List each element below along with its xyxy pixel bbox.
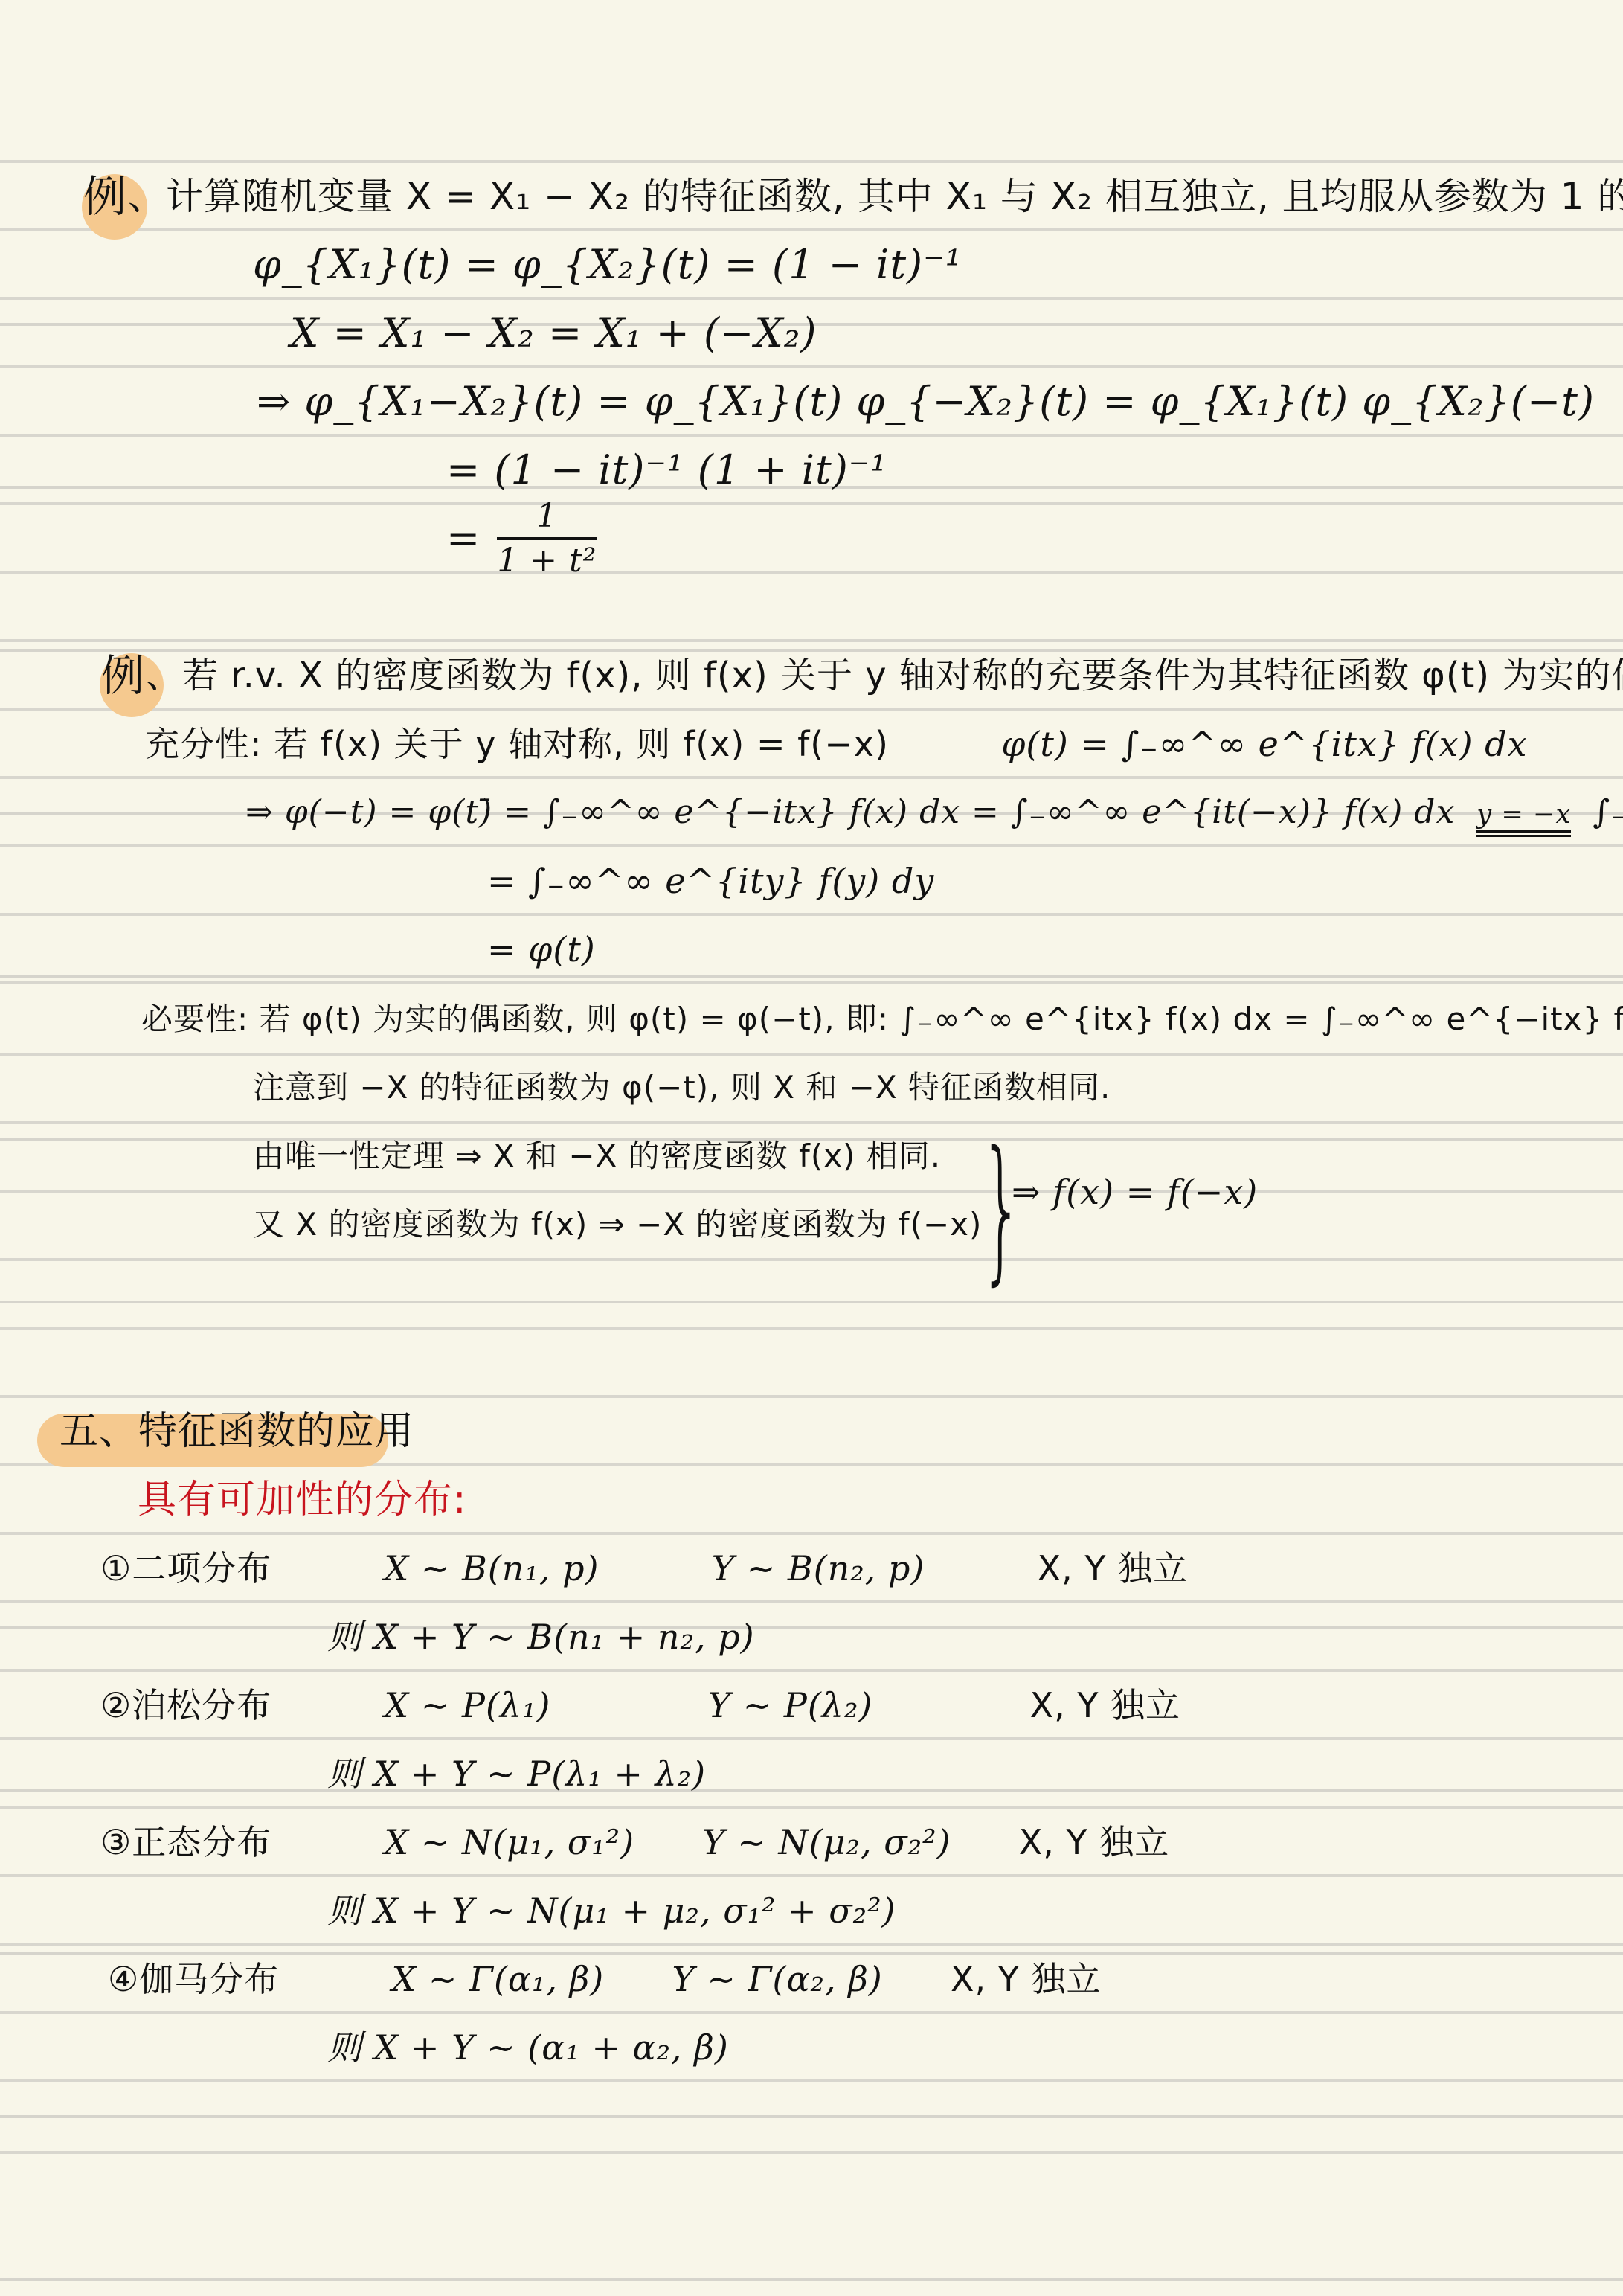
fraction-numerator: 1	[497, 500, 597, 540]
distribution-x: X ~ P(λ₁)	[385, 1685, 551, 1725]
rule-line	[0, 1327, 1623, 1330]
example-1-line-4: = (1 − it)⁻¹ (1 + it)⁻¹	[446, 436, 887, 504]
rule-line	[0, 2151, 1623, 2154]
distribution-y: Y ~ B(n₂, p)	[712, 1548, 925, 1588]
distribution-name: 伽马分布	[139, 1959, 279, 1999]
distribution-gamma: ④伽马分布 X ~ Γ(α₁, β) Y ~ Γ(α₂, β) X, Y 独立	[108, 1945, 1101, 2013]
rule-line	[0, 981, 1623, 984]
sufficiency-step-1: ⇒ φ(−t) = φ(t)̄ = ∫₋∞^∞ e^{−itx} f(x) dx…	[245, 778, 1623, 847]
sufficiency-step-3: = φ(t)	[487, 915, 596, 984]
sufficiency-step-1b-text: ∫₋∞^∞ e^{ity} f(−y) dy	[1593, 793, 1623, 831]
distribution-binomial-result: 则 X + Y ~ B(n₁ + n₂, p)	[327, 1603, 755, 1671]
distribution-x: X ~ Γ(α₁, β)	[392, 1959, 605, 1999]
distribution-name: 二项分布	[132, 1548, 271, 1588]
char-function-definition: φ(t) = ∫₋∞^∞ e^{itx} f(x) dx	[1001, 724, 1527, 764]
necessity-row: 必要性: 若 φ(t) 为实的偶函数, 则 φ(t) = φ(−t), 即: ∫…	[141, 985, 1623, 1054]
sufficiency-text: 若 f(x) 关于 y 轴对称, 则 f(x) = f(−x)	[274, 724, 889, 764]
example-1-title: 、计算随机变量 X = X₁ − X₂ 的特征函数, 其中 X₁ 与 X₂ 相互…	[128, 162, 1623, 231]
distribution-normal-result: 则 X + Y ~ N(μ₁ + μ₂, σ₁² + σ₂²)	[327, 1876, 896, 1945]
distribution-binomial: ①二项分布 X ~ B(n₁, p) Y ~ B(n₂, p) X, Y 独立	[100, 1534, 1188, 1603]
example-1-result: = 1 1 + t²	[446, 504, 597, 573]
example-1-line-1: φ_{X₁}(t) = φ_{X₂}(t) = (1 − it)⁻¹	[253, 231, 962, 299]
sufficiency-row: 充分性: 若 f(x) 关于 y 轴对称, 则 f(x) = f(−x) φ(t…	[145, 710, 1528, 778]
rule-line	[0, 571, 1623, 574]
example-2-badge: 例	[101, 641, 145, 710]
substitution-label: y = −x	[1476, 801, 1571, 837]
necessity-text: 若 φ(t) 为实的偶函数, 则 φ(t) = φ(−t), 即: ∫₋∞^∞ …	[260, 1001, 1623, 1037]
distribution-independence: X, Y 独立	[1038, 1548, 1188, 1588]
necessity-note: 注意到 −X 的特征函数为 φ(−t), 则 X 和 −X 特征函数相同.	[253, 1054, 1111, 1122]
necessity-density: 又 X 的密度函数为 f(x) ⇒ −X 的密度函数为 f(−x)	[253, 1190, 982, 1259]
necessity-conclusion: ⇒ f(x) = f(−x)	[1012, 1158, 1258, 1226]
distribution-y: Y ~ N(μ₂, σ₂²)	[702, 1822, 951, 1862]
sufficiency-label: 充分性:	[145, 724, 263, 764]
example-1-badge: 例	[83, 162, 127, 231]
rule-line	[0, 2079, 1623, 2082]
distribution-normal: ③正态分布 X ~ N(μ₁, σ₁²) Y ~ N(μ₂, σ₂²) X, Y…	[100, 1808, 1169, 1876]
example-1-line-3: ⇒ φ_{X₁−X₂}(t) = φ_{X₁}(t) φ_{−X₂}(t) = …	[257, 368, 1595, 436]
distribution-name: 正态分布	[132, 1822, 271, 1862]
example-1-line-2: X = X₁ − X₂ = X₁ + (−X₂)	[290, 299, 817, 368]
distribution-independence: X, Y 独立	[951, 1959, 1101, 1999]
fraction-denominator: 1 + t²	[497, 540, 597, 577]
equals-sign: =	[446, 504, 481, 573]
distribution-number: ②	[100, 1685, 132, 1725]
distribution-gamma-result: 则 X + Y ~ (α₁ + α₂, β)	[327, 2013, 729, 2082]
section-5-heading: 五、特征函数的应用	[60, 1397, 414, 1466]
notebook-page: 例 、计算随机变量 X = X₁ − X₂ 的特征函数, 其中 X₁ 与 X₂ …	[0, 0, 1623, 2296]
distribution-number: ④	[108, 1959, 139, 1999]
distribution-name: 泊松分布	[132, 1685, 271, 1725]
distribution-independence: X, Y 独立	[1030, 1685, 1180, 1725]
sufficiency-step-1-text: ⇒ φ(−t) = φ(t)̄ = ∫₋∞^∞ e^{−itx} f(x) dx…	[245, 793, 1455, 831]
distribution-poisson-result: 则 X + Y ~ P(λ₁ + λ₂)	[327, 1739, 706, 1808]
necessity-uniqueness: 由唯一性定理 ⇒ X 和 −X 的密度函数 f(x) 相同.	[253, 1122, 941, 1190]
distribution-number: ③	[100, 1822, 132, 1862]
section-5-subheading: 具有可加性的分布:	[138, 1466, 467, 1534]
fraction: 1 1 + t²	[497, 500, 597, 577]
distribution-y: Y ~ Γ(α₂, β)	[672, 1959, 882, 1999]
distribution-x: X ~ B(n₁, p)	[385, 1548, 600, 1588]
sufficiency-step-2: = ∫₋∞^∞ e^{ity} f(y) dy	[487, 847, 934, 915]
example-2-title: 、若 r.v. X 的密度函数为 f(x), 则 f(x) 关于 y 轴对称的充…	[146, 641, 1623, 710]
distribution-number: ①	[100, 1548, 132, 1588]
necessity-label: 必要性:	[141, 1001, 248, 1037]
distribution-poisson: ②泊松分布 X ~ P(λ₁) Y ~ P(λ₂) X, Y 独立	[100, 1671, 1180, 1739]
distribution-independence: X, Y 独立	[1019, 1822, 1169, 1862]
distribution-x: X ~ N(μ₁, σ₁²)	[385, 1822, 635, 1862]
distribution-y: Y ~ P(λ₂)	[708, 1685, 873, 1725]
